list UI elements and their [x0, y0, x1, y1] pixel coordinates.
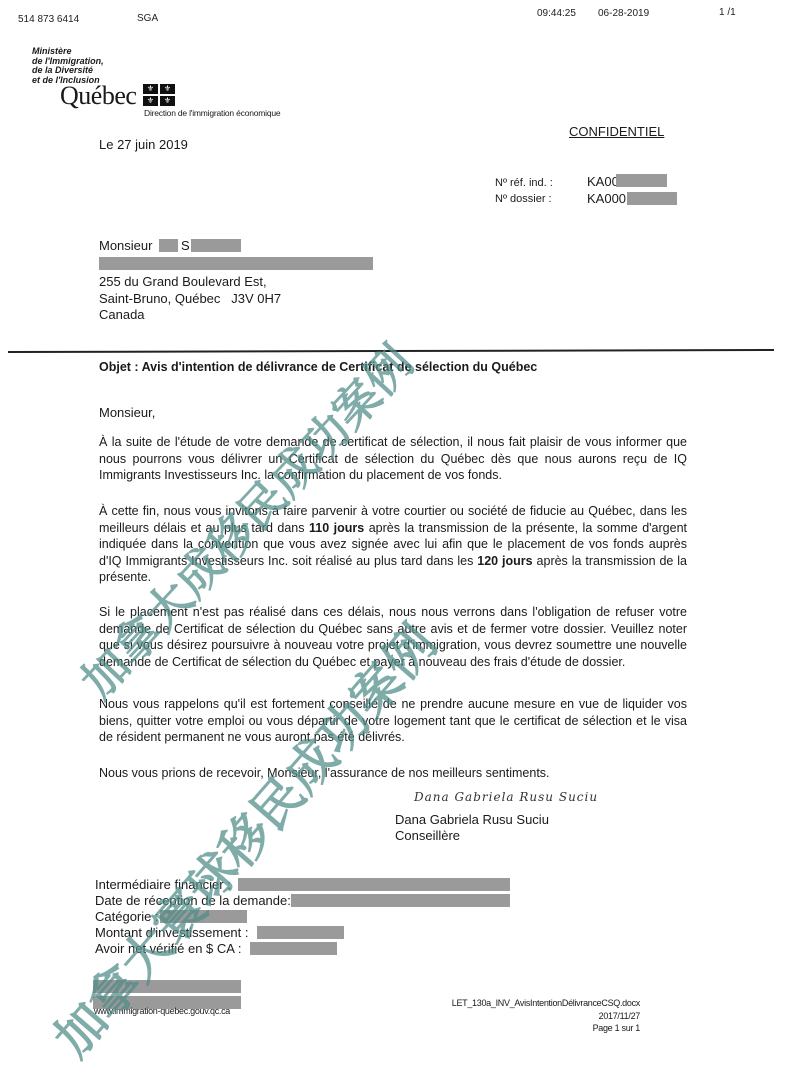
fax-page: 1 /1 [719, 7, 736, 18]
fleur-de-lis-icon: ⚜ [143, 96, 158, 106]
divider-rule [8, 349, 774, 353]
summary-label-financial-intermediary: Intermédiaire financier : [95, 877, 231, 892]
handwritten-signature: Dana Gabriela Rusu Suciu [414, 790, 598, 804]
fleur-de-lis-icon: ⚜ [143, 84, 158, 94]
redaction-bar [238, 878, 510, 891]
redaction-bar [250, 942, 337, 955]
summary-label-reception-date: Date de réception de la demande: [95, 893, 291, 908]
body-paragraph: Nous vous rappelons qu'il est fortement … [99, 696, 687, 746]
quebec-flag-logo: ⚜ ⚜ ⚜ ⚜ [143, 84, 176, 106]
closing-paragraph: Nous vous prions de recevoir, Monsieur, … [99, 765, 687, 782]
fax-date: 06-28-2019 [598, 8, 649, 19]
redaction-bar [627, 192, 677, 205]
fleur-de-lis-icon: ⚜ [160, 84, 175, 94]
redaction-bar [159, 239, 178, 252]
letter-date: Le 27 juin 2019 [99, 137, 188, 152]
direction-name: Direction de l'immigration économique [144, 108, 280, 118]
page-number: Page 1 sur 1 [593, 1023, 640, 1033]
summary-label-net-worth: Avoir net vérifié en $ CA : [95, 941, 241, 956]
confidential-label: CONFIDENTIEL [569, 124, 664, 139]
body-paragraph: À cette fin, nous vous invitons à faire … [99, 503, 687, 586]
fax-sender: SGA [137, 13, 158, 24]
signer-block: Dana Gabriela Rusu Suciu Conseillère [395, 812, 549, 844]
ministry-name: Ministère de l'Immigration, de la Divers… [32, 47, 152, 85]
dossier-value: KA000 [587, 191, 626, 206]
ref-ind-label: Nº réf. ind. : [495, 177, 553, 189]
signer-title: Conseillère [395, 828, 549, 844]
summary-label-investment-amount: Montant d'investissement : [95, 925, 249, 940]
signer-name: Dana Gabriela Rusu Suciu [395, 812, 549, 828]
redaction-bar [93, 980, 241, 993]
fax-time: 09:44:25 [537, 8, 576, 19]
summary-label-category: Catégorie : [95, 909, 159, 924]
letter-salutation: Monsieur, [99, 405, 155, 420]
recipient-salutation: Monsieur [99, 238, 152, 253]
redaction-bar [99, 257, 373, 270]
fax-phone: 514 873 6414 [18, 14, 79, 25]
address-country: Canada [99, 307, 145, 322]
ministry-website-url: www.immigration-quebec.gouv.qc.ca [94, 1006, 230, 1016]
redaction-bar [257, 926, 344, 939]
dossier-label: Nº dossier : [495, 193, 552, 205]
ref-ind-value: KA00 [587, 174, 619, 189]
body-paragraph: Si le placement n'est pas réalisé dans c… [99, 604, 687, 670]
redaction-bar [616, 174, 667, 187]
address-line-2: Saint-Bruno, Québec J3V 0H7 [99, 291, 281, 306]
redaction-bar [291, 894, 510, 907]
letter-subject: Objet : Avis d'intention de délivrance d… [99, 360, 537, 374]
redaction-bar [191, 239, 241, 252]
body-paragraph: À la suite de l'étude de votre demande d… [99, 434, 687, 484]
quebec-wordmark: Québec [60, 82, 136, 110]
redaction-bar [160, 910, 247, 923]
template-filename: LET_130a_INV_AvisIntentionDélivranceCSQ.… [452, 998, 640, 1008]
recipient-initial: S [181, 238, 190, 253]
template-date: 2017/11/27 [599, 1011, 640, 1021]
fleur-de-lis-icon: ⚜ [160, 96, 175, 106]
address-line-1: 255 du Grand Boulevard Est, [99, 274, 267, 289]
